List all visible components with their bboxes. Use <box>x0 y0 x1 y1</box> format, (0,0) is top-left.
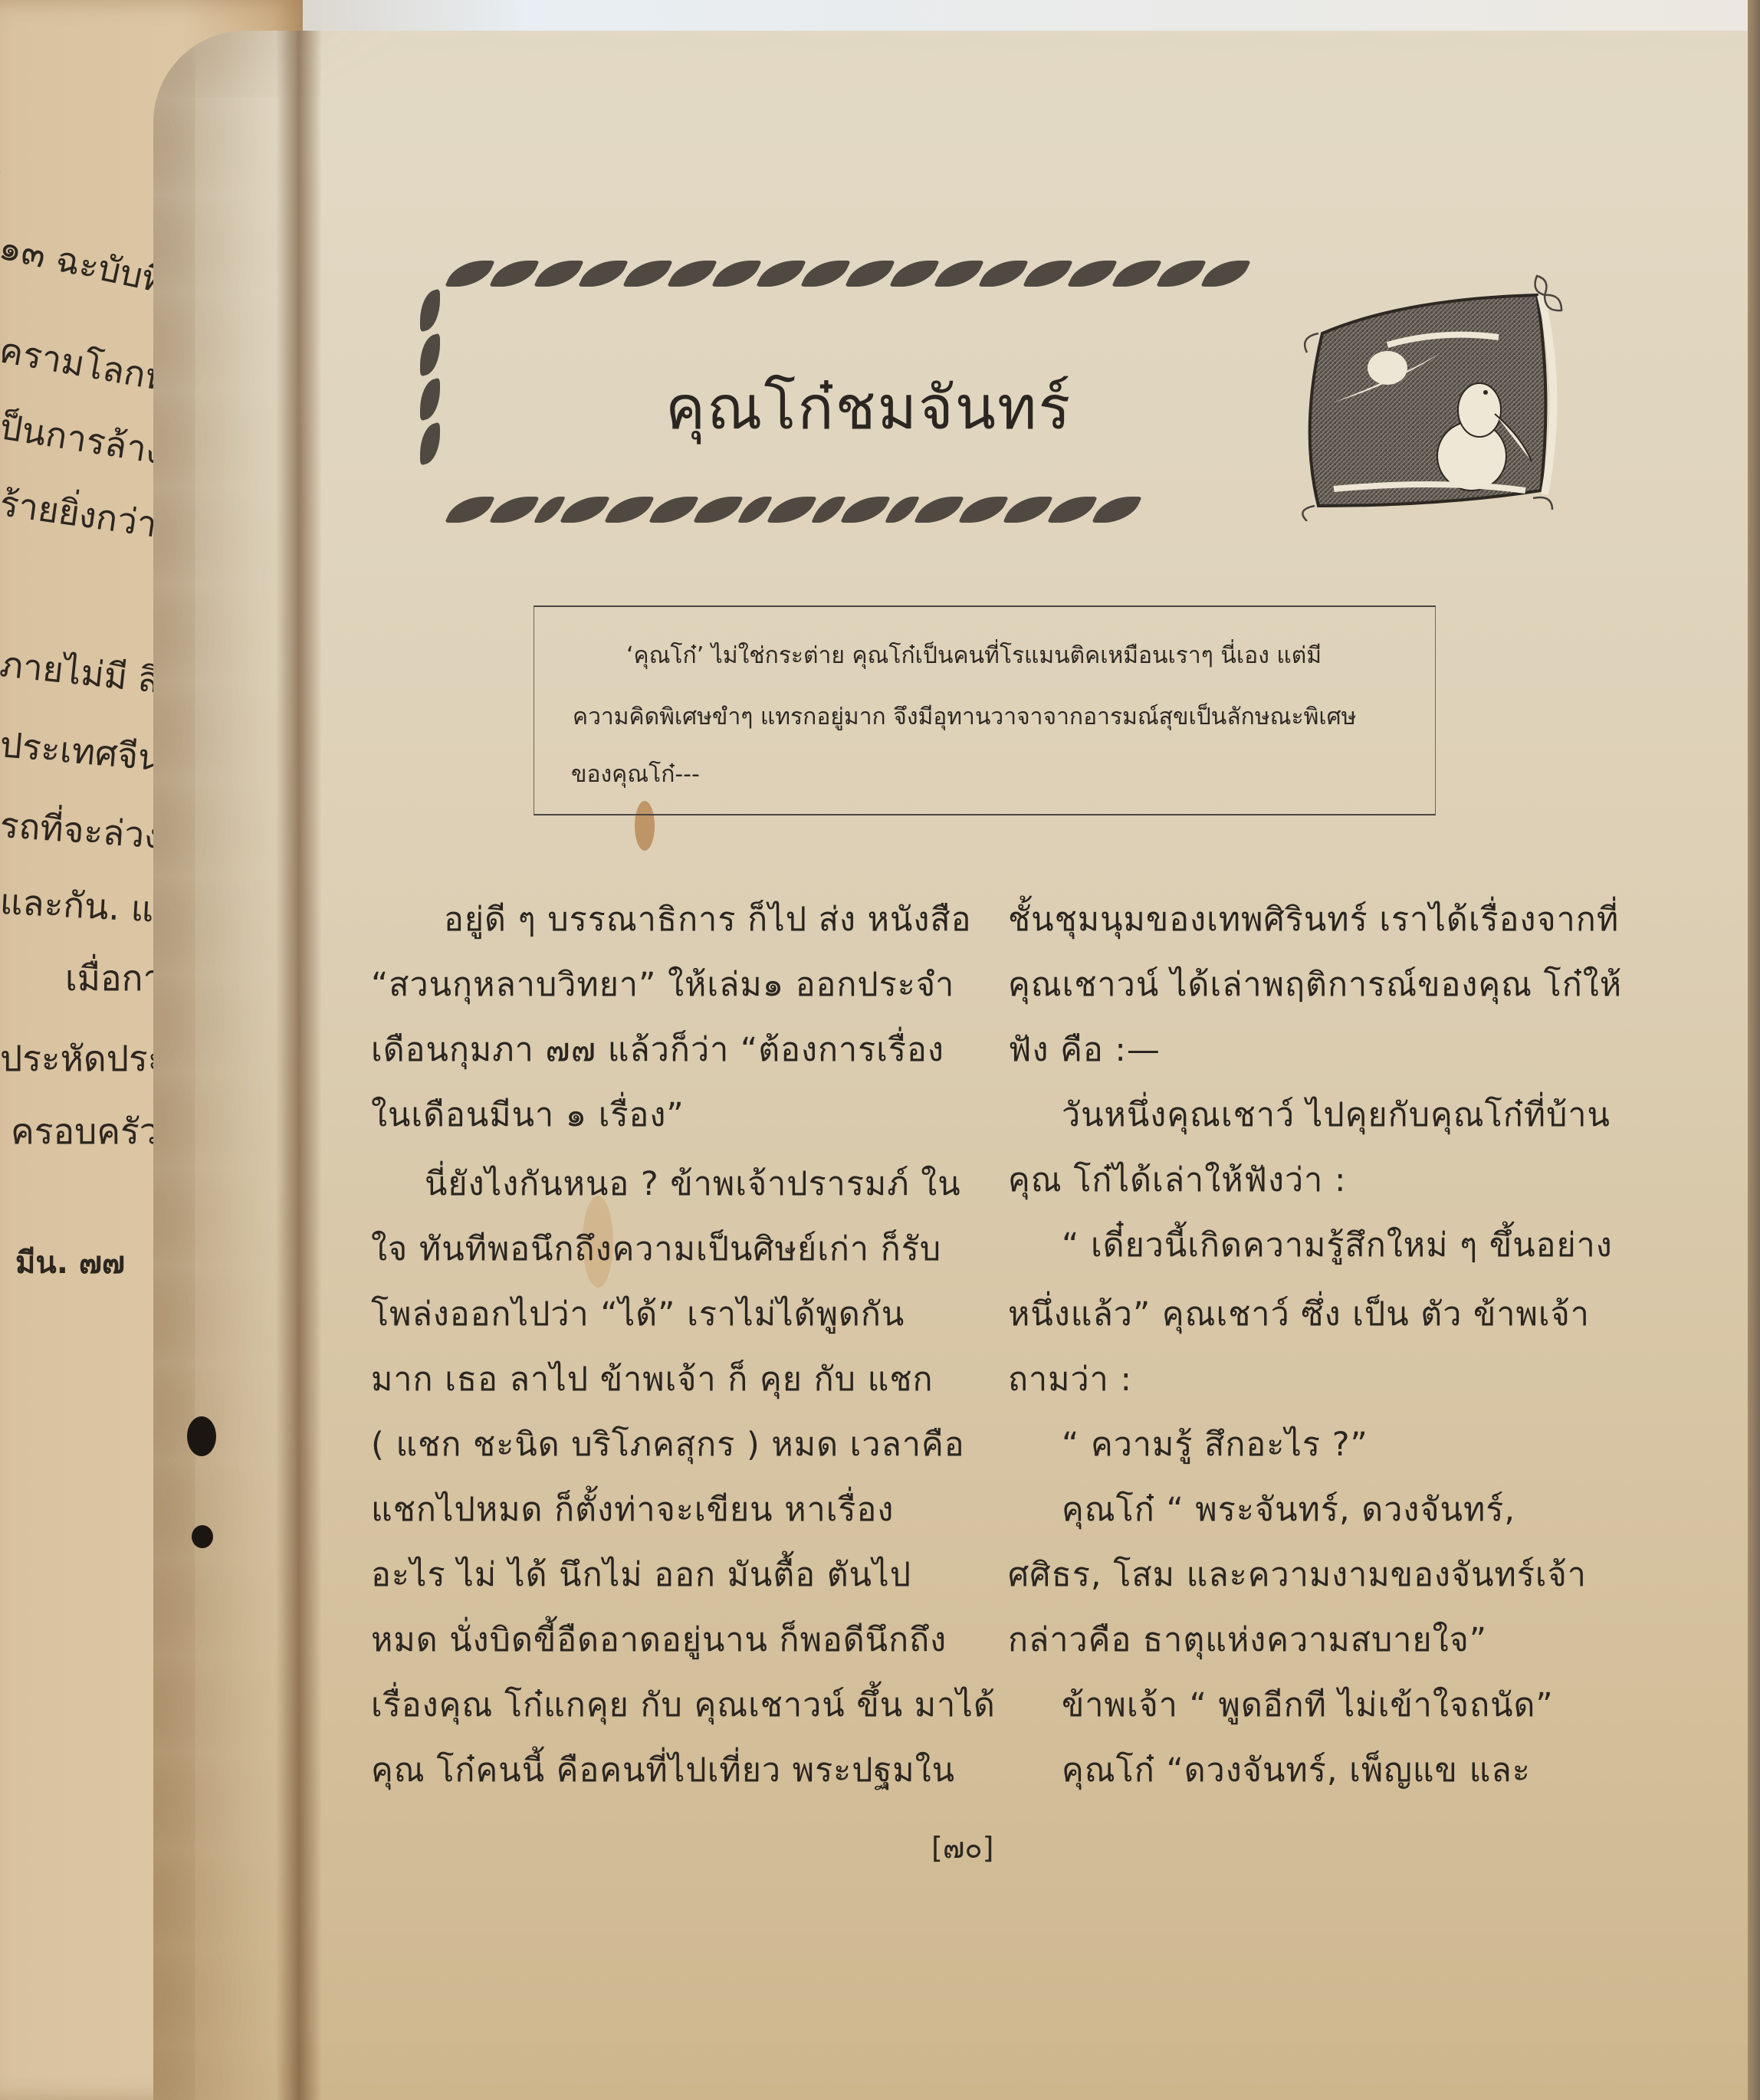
body-line: อะไร ไม่ ได้ นึกไม่ ออก มันตื้อ ตันไป <box>371 1548 911 1600</box>
body-line: ถามว่า : <box>1008 1353 1132 1405</box>
body-line: วันหนึ่งคุณเชาว์ ไปคุยกับคุณโก๋ที่บ้าน <box>1062 1088 1611 1140</box>
ornament-border-top <box>451 261 1256 294</box>
page-edge <box>1748 0 1760 2100</box>
body-line: หมด นั่งบิดขี้อืดอาดอยู่นาน ก็พอดีนึกถึง <box>371 1613 947 1665</box>
intro-line: ของคุณโก๋--- <box>571 756 700 792</box>
left-page-line: ่ <box>0 169 4 224</box>
ink-stain <box>187 1416 216 1456</box>
left-page-line: ครอบครัว. <box>11 1104 170 1160</box>
rabbit-moon-icon <box>1288 261 1571 521</box>
body-line: “สวนกุหลาบวิทยา” ให้เล่ม๑ ออกประจำ <box>371 958 954 1010</box>
body-line: ในเดือนมีนา ๑ เรื่อง” <box>371 1088 685 1140</box>
ornament-border-left <box>420 291 446 506</box>
body-line: คุณโก๋ “ดวงจันทร์, เพ็ญแข และ <box>1062 1744 1531 1796</box>
left-page-line: และกัน. แต่ <box>0 874 178 939</box>
intro-line: ความคิดพิเศษขำๆ แทรกอยู่มาก จึงมีอุทานวา… <box>573 699 1356 735</box>
body-line: แชกไปหมด ก็ตั้งท่าจะเขียน หาเรื่อง <box>371 1483 894 1535</box>
body-line: ศศิธร, โสม และความงามของจันทร์เจ้า <box>1008 1548 1587 1600</box>
ink-stain <box>192 1525 213 1548</box>
body-line: ฟัง คือ :— <box>1008 1023 1161 1075</box>
ornament-border-bottom <box>451 497 1256 530</box>
body-line: ข้าพเจ้า “ พูดอีกที ไม่เข้าใจถนัด” <box>1062 1678 1554 1731</box>
body-line: คุณเชาวน์ ได้เล่าพฤติการณ์ของคุณ โก๋ให้ <box>1008 958 1622 1010</box>
body-line: คุณโก๋ “ พระจันทร์, ดวงจันทร์, <box>1062 1483 1515 1535</box>
body-line: ใจ ทันทีพอนึกถึงความเป็นศิษย์เก่า ก็รับ <box>371 1222 941 1275</box>
rabbit-moon-illustration <box>1288 261 1571 521</box>
body-line: เดือนกุมภา ๗๗ แล้วก็ว่า “ต้องการเรื่อง <box>371 1023 944 1075</box>
title-ornament-frame: คุณโก๋ชมจันทร์ <box>420 261 1256 530</box>
left-page-line: ประหัดประ- <box>0 1031 179 1087</box>
body-line: คุณ โก๋ได้เล่าให้ฟังว่า : <box>1008 1153 1346 1206</box>
left-page-date: มีน. ๗๗ <box>15 1238 125 1287</box>
body-line: คุณ โก๋คนนี้ คือคนที่ไปเที่ยว พระปฐมใน <box>371 1744 955 1796</box>
body-line: มาก เธอ ลาไป ข้าพเจ้า ก็ คุย กับ แชก <box>371 1353 934 1405</box>
body-line: ( แชก ชะนิด บริโภคสุกร ) หมด เวลาคือ <box>371 1418 965 1470</box>
body-line: เรื่องคุณ โก๋แกคุย กับ คุณเชาวน์ ขึ้น มา… <box>371 1678 996 1731</box>
body-line: อยู่ดี ๆ บรรณาธิการ ก็ไป ส่ง หนังสือ <box>444 893 971 945</box>
body-line: “ ความรู้ สึกอะไร ?” <box>1062 1418 1368 1470</box>
body-line: กล่าวคือ ธาตุแห่งความสบายใจ” <box>1008 1613 1487 1665</box>
intro-line: ‘คุณโก๋’ ไม่ใช่กระต่าย คุณโก๋เป็นคนที่โร… <box>626 638 1322 674</box>
body-line: “ เดี๋ยวนี้เกิดความรู้สึกใหม่ ๆ ขึ้นอย่า… <box>1062 1219 1613 1271</box>
body-line: โพล่งออกไปว่า “ได้” เราไม่ได้พูดกัน <box>371 1288 905 1340</box>
page-number: [๗๐] <box>931 1824 993 1871</box>
binding-gutter <box>276 31 322 2100</box>
body-line: หนึ่งแล้ว” คุณเชาว์ ซึ่ง เป็น ตัว ข้าพเจ… <box>1008 1288 1590 1340</box>
intro-box: ‘คุณโก๋’ ไม่ใช่กระต่าย คุณโก๋เป็นคนที่โร… <box>534 605 1436 815</box>
body-line: นี่ยังไงกันหนอ ? ข้าพเจ้าปรารมภ์ ใน <box>425 1157 961 1209</box>
article-title: คุณโก๋ชมจันทร์ <box>665 360 1072 455</box>
body-line: ชั้นชุมนุมของเทพศิรินทร์ เราได้เรื่องจาก… <box>1008 893 1619 945</box>
